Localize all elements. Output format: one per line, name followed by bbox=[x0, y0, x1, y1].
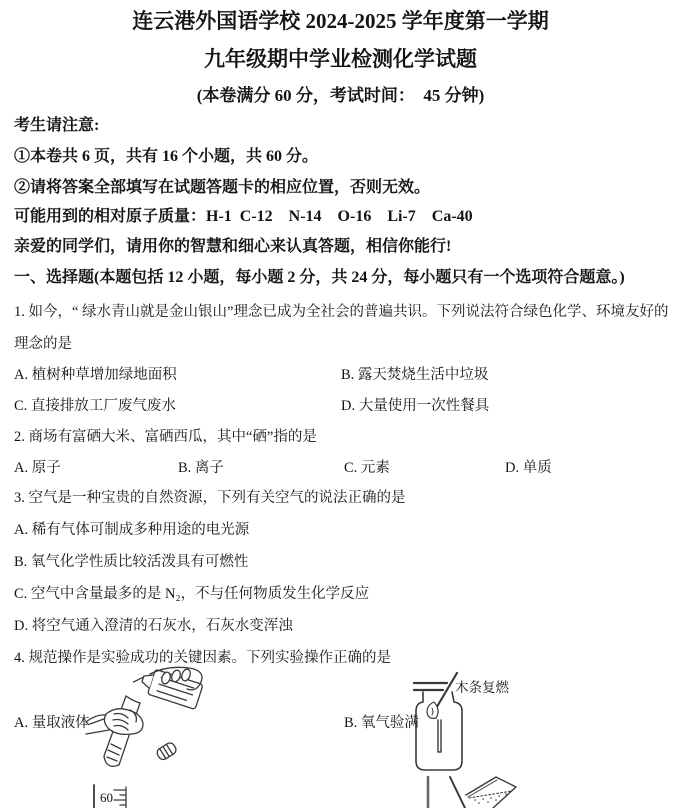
glass-rod-icon bbox=[450, 777, 465, 808]
notice-heading: 考生请注意: bbox=[14, 116, 99, 136]
q2-option-d: D. 单质 bbox=[505, 459, 552, 477]
q3-option-d: D. 将空气通入澄清的石灰水，石灰水变浑浊 bbox=[14, 617, 293, 635]
q3-stem: 3. 空气是一种宝贵的自然资源，下列有关空气的说法正确的是 bbox=[14, 489, 406, 507]
reagent-bottle-icon bbox=[131, 664, 203, 709]
measuring-liquid-illustration bbox=[86, 670, 221, 780]
pouring-beaker-illustration bbox=[420, 774, 545, 808]
q3-option-b: B. 氧气化学性质比较活泼具有可燃性 bbox=[14, 553, 248, 571]
q1-option-c: C. 直接排放工厂废气废水 bbox=[14, 397, 176, 415]
q1-stem-line1: 1. 如今，“ 绿水青山就是金山银山”理念已成为全社会的普遍共识。下列说法符合绿… bbox=[14, 303, 669, 321]
q1-option-a: A. 植树种草增加绿地面积 bbox=[14, 366, 177, 384]
q1-stem-line2: 理念的是 bbox=[14, 335, 72, 353]
q4-stem: 4. 规范操作是实验成功的关键因素。下列实验操作正确的是 bbox=[14, 649, 391, 667]
q2-stem: 2. 商场有富硒大米、富硒西瓜，其中“硒”指的是 bbox=[14, 428, 317, 446]
oxygen-test-illustration bbox=[408, 672, 470, 776]
q3-option-c: C. 空气中含量最多的是 N₂，不与任何物质发生化学反应 bbox=[14, 585, 369, 603]
graduated-cylinder-illustration: 60 bbox=[66, 785, 134, 808]
exam-title-line3: (本卷满分 60 分，考试时间： 45 分钟) bbox=[0, 85, 681, 106]
cylinder-60-mark: 60 bbox=[100, 790, 113, 805]
section-heading: 一、选择题(本题包括 12 小题，每小题 2 分，共 24 分，每小题只有一个选… bbox=[14, 268, 625, 288]
q3-option-a: A. 稀有气体可制成多种用途的电光源 bbox=[14, 521, 249, 539]
q1-option-b: B. 露天焚烧生活中垃圾 bbox=[341, 366, 488, 384]
motivation-line: 亲爱的同学们，请用你的智慧和细心来认真答题，相信你能行! bbox=[14, 237, 451, 257]
holding-hand-icon bbox=[86, 709, 143, 735]
notice-item-1: ①本卷共 6 页，共有 16 个小题，共 60 分。 bbox=[14, 147, 318, 167]
q4-option-a-label: A. 量取液体 bbox=[14, 714, 90, 732]
q2-option-b: B. 离子 bbox=[178, 459, 224, 477]
q2-option-a: A. 原子 bbox=[14, 459, 61, 477]
tilted-beaker-icon bbox=[466, 777, 516, 808]
cylinder-scale-icon bbox=[114, 787, 126, 808]
q2-option-c: C. 元素 bbox=[344, 459, 390, 477]
burning-splint-icon bbox=[427, 673, 457, 752]
exam-page: 连云港外国语学校 2024-2025 学年度第一学期 九年级期中学业检测化学试题… bbox=[0, 0, 681, 808]
exam-title-line2: 九年级期中学业检测化学试题 bbox=[0, 46, 681, 72]
notice-item-2: ②请将答案全部填写在试题答题卡的相应位置，否则无效。 bbox=[14, 178, 430, 198]
exam-title-line1: 连云港外国语学校 2024-2025 学年度第一学期 bbox=[0, 8, 681, 34]
atomic-mass-reference: 可能用到的相对原子质量：H-1 C-12 N-14 O-16 Li-7 Ca-4… bbox=[14, 207, 473, 227]
q1-option-d: D. 大量使用一次性餐具 bbox=[341, 397, 489, 415]
bottle-stopper-icon bbox=[155, 741, 177, 761]
